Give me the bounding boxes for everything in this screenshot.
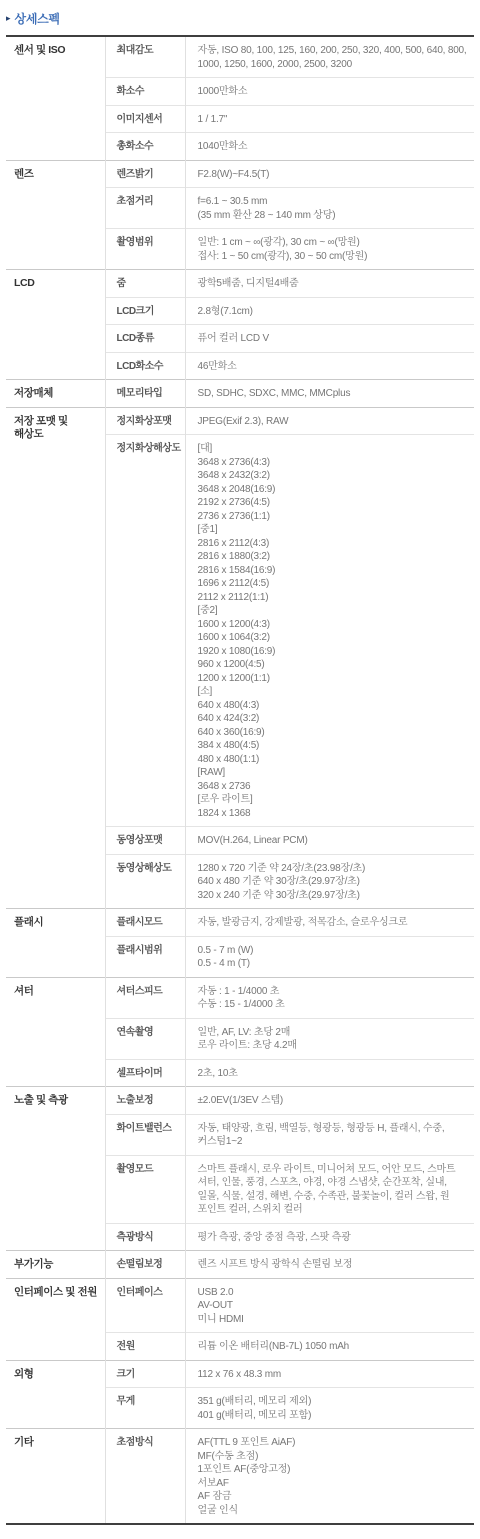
spec-row: 기타초점방식AF(TTL 9 포인트 AiAF) MF(수동 초점) 1포인트 …	[6, 1429, 474, 1525]
spec-label-cell: 이미지센서	[105, 105, 185, 133]
spec-label-cell: 플래시범위	[105, 936, 185, 977]
spec-row: LCD줌광학5배줌, 디지털4배줌	[6, 270, 474, 298]
bullet-arrow-icon: ▸	[6, 14, 11, 23]
spec-row: 부가기능손떨림보정렌즈 시프트 방식 광학식 손떨림 보정	[6, 1251, 474, 1279]
spec-value-cell: 자동, 태양광, 흐림, 백열등, 형광등, 형광등 H, 플래시, 수중, 커…	[185, 1114, 474, 1155]
spec-value-cell: 1040만화소	[185, 133, 474, 161]
spec-category-cell: 저장 포맷 및 해상도	[6, 407, 105, 909]
spec-value-cell: 351 g(배터리, 메모리 제외) 401 g(배터리, 메모리 포함)	[185, 1388, 474, 1429]
spec-label-cell: 총화소수	[105, 133, 185, 161]
spec-label-cell: 초점거리	[105, 188, 185, 229]
spec-label-cell: 동영상포맷	[105, 827, 185, 855]
spec-value-cell: SD, SDHC, SDXC, MMC, MMCplus	[185, 380, 474, 408]
spec-category-cell: 렌즈	[6, 160, 105, 270]
spec-value-cell: 1 / 1.7"	[185, 105, 474, 133]
spec-label-cell: 크기	[105, 1360, 185, 1388]
spec-row: 저장 포맷 및 해상도정지화상포맷JPEG(Exif 2.3), RAW	[6, 407, 474, 435]
spec-category-cell: 부가기능	[6, 1251, 105, 1279]
spec-value-cell: 2.8형(7.1cm)	[185, 297, 474, 325]
spec-row: 렌즈렌즈밝기F2.8(W)~F4.5(T)	[6, 160, 474, 188]
spec-label-cell: LCD화소수	[105, 352, 185, 380]
spec-label-cell: 화소수	[105, 78, 185, 106]
spec-value-cell: USB 2.0 AV-OUT 미니 HDMI	[185, 1278, 474, 1333]
spec-category-cell: 인터페이스 및 전원	[6, 1278, 105, 1360]
spec-label-cell: 메모리타입	[105, 380, 185, 408]
spec-value-cell: 스마트 플래시, 로우 라이트, 미니어쳐 모드, 어안 모드, 스마트 셔터,…	[185, 1155, 474, 1223]
spec-label-cell: 손떨림보정	[105, 1251, 185, 1279]
spec-value-cell: AF(TTL 9 포인트 AiAF) MF(수동 초점) 1포인트 AF(중앙고…	[185, 1429, 474, 1525]
spec-row: 셔터셔터스피드자동 : 1 - 1/4000 초 수동 : 15 - 1/400…	[6, 977, 474, 1018]
spec-value-cell: 자동 : 1 - 1/4000 초 수동 : 15 - 1/4000 초	[185, 977, 474, 1018]
spec-category-cell: 저장매체	[6, 380, 105, 408]
spec-value-cell: F2.8(W)~F4.5(T)	[185, 160, 474, 188]
spec-value-cell: 0.5 - 7 m (W) 0.5 - 4 m (T)	[185, 936, 474, 977]
spec-value-cell: 자동, 발광금지, 강제발광, 적목감소, 슬로우싱크로	[185, 909, 474, 937]
spec-value-cell: 1280 x 720 기준 약 24장/초(23.98장/초) 640 x 48…	[185, 854, 474, 909]
spec-row: 인터페이스 및 전원인터페이스USB 2.0 AV-OUT 미니 HDMI	[6, 1278, 474, 1333]
spec-value-cell: 렌즈 시프트 방식 광학식 손떨림 보정	[185, 1251, 474, 1279]
spec-value-cell: 일반, AF, LV: 초당 2매 로우 라이트: 초당 4.2매	[185, 1018, 474, 1059]
spec-value-cell: 광학5배줌, 디지털4배줌	[185, 270, 474, 298]
spec-value-cell: 2초, 10초	[185, 1059, 474, 1087]
spec-value-cell: 자동, ISO 80, 100, 125, 160, 200, 250, 320…	[185, 36, 474, 78]
spec-label-cell: 무게	[105, 1388, 185, 1429]
spec-category-cell: 외형	[6, 1360, 105, 1429]
spec-value-cell: ±2.0EV(1/3EV 스텝)	[185, 1087, 474, 1115]
spec-label-cell: 전원	[105, 1333, 185, 1361]
spec-label-cell: 정지화상해상도	[105, 435, 185, 827]
spec-category-cell: 셔터	[6, 977, 105, 1087]
spec-category-cell: 센서 및 ISO	[6, 36, 105, 160]
spec-label-cell: 셀프타이머	[105, 1059, 185, 1087]
spec-row: 저장매체메모리타입SD, SDHC, SDXC, MMC, MMCplus	[6, 380, 474, 408]
spec-row: 외형크기112 x 76 x 48.3 mm	[6, 1360, 474, 1388]
spec-row: 플래시플래시모드자동, 발광금지, 강제발광, 적목감소, 슬로우싱크로	[6, 909, 474, 937]
spec-label-cell: LCD종류	[105, 325, 185, 353]
spec-value-cell: f=6.1 ~ 30.5 mm (35 mm 환산 28 ~ 140 mm 상당…	[185, 188, 474, 229]
spec-label-cell: 줌	[105, 270, 185, 298]
spec-value-cell: 46만화소	[185, 352, 474, 380]
page-title: 상세스펙	[15, 10, 60, 27]
spec-page: ▸ 상세스펙 센서 및 ISO최대감도자동, ISO 80, 100, 125,…	[0, 0, 480, 1539]
spec-value-cell: 일반: 1 cm ~ ∞(광각), 30 cm ~ ∞(망원) 접사: 1 ~ …	[185, 229, 474, 270]
spec-value-cell: MOV(H.264, Linear PCM)	[185, 827, 474, 855]
spec-value-cell: 퓨어 컬러 LCD V	[185, 325, 474, 353]
spec-label-cell: 셔터스피드	[105, 977, 185, 1018]
spec-row: 노출 및 측광노출보정±2.0EV(1/3EV 스텝)	[6, 1087, 474, 1115]
spec-label-cell: LCD크기	[105, 297, 185, 325]
spec-label-cell: 촬영모드	[105, 1155, 185, 1223]
spec-label-cell: 인터페이스	[105, 1278, 185, 1333]
spec-category-cell: 노출 및 측광	[6, 1087, 105, 1251]
spec-row: 센서 및 ISO최대감도자동, ISO 80, 100, 125, 160, 2…	[6, 36, 474, 78]
spec-label-cell: 연속촬영	[105, 1018, 185, 1059]
spec-category-cell: 기타	[6, 1429, 105, 1525]
spec-label-cell: 초점방식	[105, 1429, 185, 1525]
spec-category-cell: LCD	[6, 270, 105, 380]
spec-value-cell: JPEG(Exif 2.3), RAW	[185, 407, 474, 435]
spec-value-cell: 1000만화소	[185, 78, 474, 106]
spec-value-cell: 평가 측광, 중앙 중점 측광, 스팟 측광	[185, 1223, 474, 1251]
spec-category-cell: 플래시	[6, 909, 105, 978]
spec-value-cell: 112 x 76 x 48.3 mm	[185, 1360, 474, 1388]
spec-label-cell: 촬영범위	[105, 229, 185, 270]
section-header: ▸ 상세스펙	[6, 8, 474, 35]
spec-label-cell: 정지화상포맷	[105, 407, 185, 435]
spec-label-cell: 화이트밸런스	[105, 1114, 185, 1155]
spec-value-cell: 리튬 이온 배터리(NB-7L) 1050 mAh	[185, 1333, 474, 1361]
spec-label-cell: 측광방식	[105, 1223, 185, 1251]
spec-label-cell: 렌즈밝기	[105, 160, 185, 188]
spec-label-cell: 플래시모드	[105, 909, 185, 937]
spec-table: 센서 및 ISO최대감도자동, ISO 80, 100, 125, 160, 2…	[6, 35, 474, 1525]
spec-value-cell: [대] 3648 x 2736(4:3) 3648 x 2432(3:2) 36…	[185, 435, 474, 827]
spec-label-cell: 최대감도	[105, 36, 185, 78]
spec-label-cell: 동영상해상도	[105, 854, 185, 909]
spec-label-cell: 노출보정	[105, 1087, 185, 1115]
